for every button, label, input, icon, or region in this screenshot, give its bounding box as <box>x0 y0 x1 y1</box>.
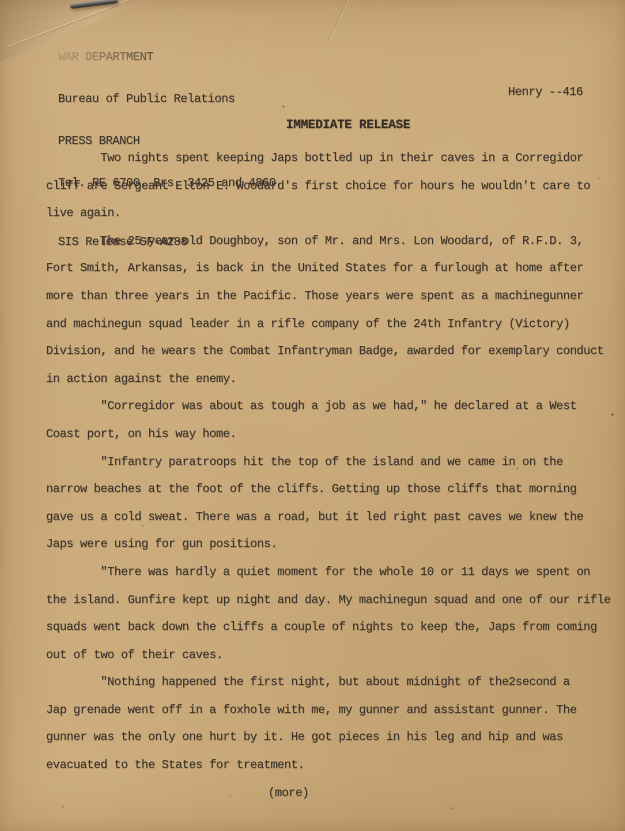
agency-line: WAR DEPARTMENT <box>58 50 276 64</box>
paragraph-5: "There was hardly a quiet moment for the… <box>46 559 624 669</box>
paragraph-4: "Infantry paratroops hit the top of the … <box>46 449 624 559</box>
bureau-line: Bureau of Public Relations <box>58 92 276 106</box>
release-type-heading: IMMEDIATE RELEASE <box>286 118 410 132</box>
paragraph-6: "Nothing happened the first night, but a… <box>46 669 624 779</box>
byline-page-ref: Henry --416 <box>508 85 583 99</box>
paragraph-1: Two nights spent keeping Japs bottled up… <box>46 145 624 228</box>
paragraph-3: "Corregidor was about as tough a job as … <box>46 393 624 448</box>
continuation-marker: (more) <box>268 786 309 800</box>
document-body: Two nights spent keeping Japs bottled up… <box>46 145 624 780</box>
document-page: WAR DEPARTMENT Bureau of Public Relation… <box>0 0 625 831</box>
fold-crease-center <box>328 0 351 42</box>
ink-specks <box>0 0 1 1</box>
paragraph-2: The 25-year-old Doughboy, son of Mr. and… <box>46 228 624 394</box>
